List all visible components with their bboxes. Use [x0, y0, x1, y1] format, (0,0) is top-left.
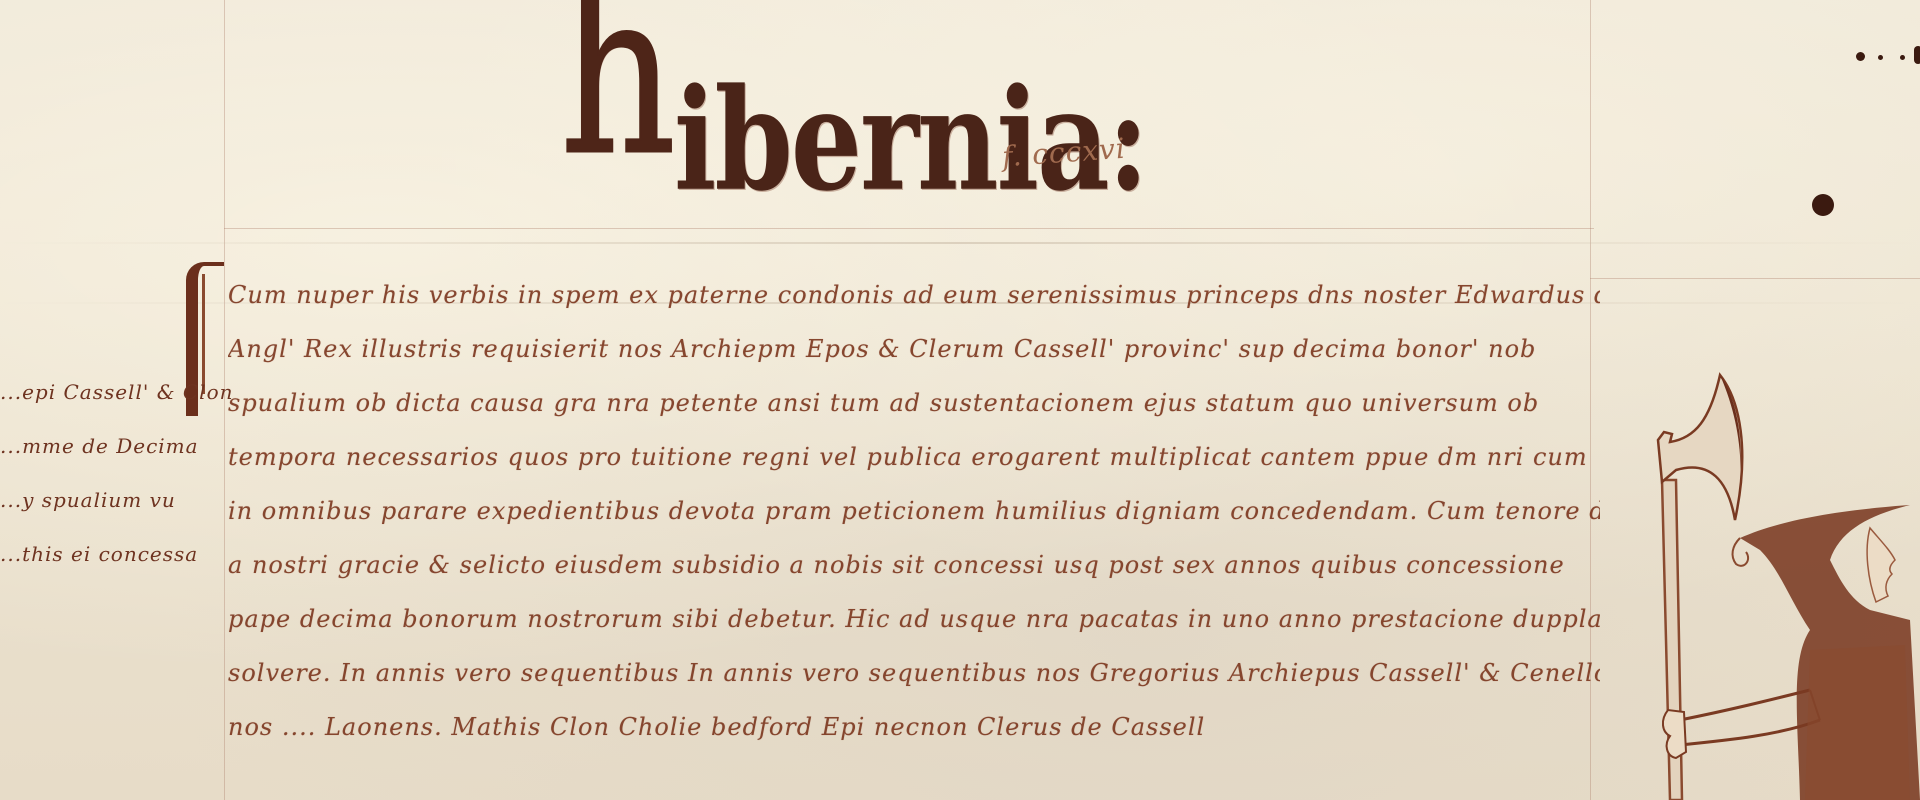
margin-note-line: ...this ei concessa: [0, 527, 175, 581]
margin-note-line: ...mme de Decima: [0, 419, 175, 473]
ink-spot: [1900, 55, 1905, 60]
text-line: spualium ob dicta causa gra nra petente …: [228, 376, 1600, 430]
main-text-block: Cum nuper his verbis in spem ex paterne …: [228, 268, 1600, 754]
title-initial: h: [560, 0, 674, 188]
ruling-line-upper: [0, 242, 1920, 244]
text-line: nos .... Laonens. Mathis Clon Cholie bed…: [228, 700, 1600, 754]
text-line: in omnibus parare expedientibus devota p…: [228, 484, 1600, 538]
ink-spot: [1812, 194, 1834, 216]
ink-spot: [1856, 52, 1865, 61]
manuscript-page: hibernia: f. cccxvi Cum nuper his verbis…: [0, 0, 1920, 800]
ruling-line-right-margin: [1590, 278, 1920, 279]
margin-note-line: ...epi Cassell' & Clon: [0, 365, 175, 419]
text-line: a nostri gracie & selicto eiusdem subsid…: [228, 538, 1600, 592]
text-line: pape decima bonorum nostrorum sibi debet…: [228, 592, 1600, 646]
text-line: solvere. In annis vero sequentibus In an…: [228, 646, 1600, 700]
ruling-line-top: [224, 228, 1594, 229]
text-line: Angl' Rex illustris requisierit nos Arch…: [228, 322, 1600, 376]
page-title: hibernia:: [560, 0, 1147, 225]
ink-spot: [1878, 55, 1883, 60]
margin-note: ...epi Cassell' & Clon ...mme de Decima …: [0, 365, 175, 581]
ink-spot: [1914, 46, 1920, 64]
margin-note-line: ...y spualium vu: [0, 473, 175, 527]
hooded-axeman-icon: [1640, 360, 1920, 800]
text-line: tempora necessarios quos pro tuitione re…: [228, 430, 1600, 484]
marginal-illustration: [1640, 360, 1920, 800]
text-line: Cum nuper his verbis in spem ex paterne …: [228, 268, 1600, 322]
